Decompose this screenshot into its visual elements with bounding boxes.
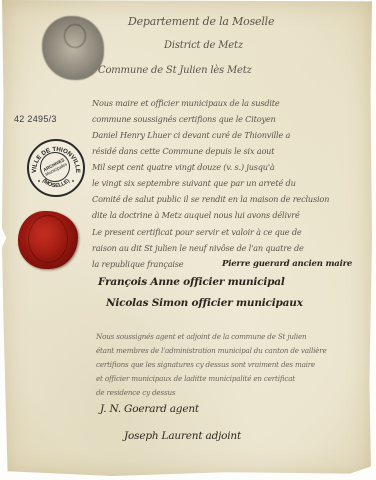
archive-reference-number: 42 2495/3 [14, 114, 57, 124]
signature-pierre-guerard: Pierre guerard ancien maire [222, 259, 352, 269]
signature-nicolas-simon: Nicolas Simon officier municipaux [106, 297, 303, 309]
attest-line-2: étant membres de l'administration munici… [96, 346, 327, 355]
attest-line-1: Nous soussignés agent et adjoint de la c… [96, 332, 306, 341]
body-line-5: Mil sept cent quatre vingt douze (v. s.)… [92, 162, 275, 172]
body-line-6: le vingt six septembre suivant que par u… [92, 178, 296, 188]
signature-goerard-agent: J. N. Goerard agent [100, 403, 199, 415]
body-line-11: la republique française [92, 259, 183, 269]
signature-joseph-adjoint: Joseph Laurent adjoint [124, 430, 241, 442]
body-line-9: Le present certificat pour servir et val… [92, 227, 302, 237]
body-line-7: Comité de salut public il se rendit en l… [92, 194, 329, 204]
attest-line-5: de residence cy dessus [96, 388, 175, 397]
document-scan: Departement de la Moselle District de Me… [0, 0, 376, 480]
body-line-2: commune soussignés certifions que le Cit… [92, 114, 276, 124]
body-line-8: dite la doctrine à Metz auquel nous lui … [92, 210, 300, 220]
header-district: District de Metz [164, 40, 243, 51]
attest-line-4: et officier municipaux de laditte munici… [96, 374, 295, 383]
header-commune: Commune de St Julien lès Metz [98, 65, 252, 76]
header-departement: Departement de la Moselle [128, 15, 274, 28]
body-line-1: Nous maire et officier municipaux de la … [92, 98, 280, 108]
body-line-10: raison au dit St julien le neuf nivôse d… [92, 243, 304, 253]
archives-municipales-stamp: VILLE DE THIONVILLE (MOSELLE) ARCHIVES M… [27, 139, 85, 197]
red-wax-seal [18, 211, 78, 269]
body-line-3: Daniel Henry Lhuer ci devant curé de Thi… [92, 130, 290, 140]
ink-seal-impression [42, 16, 104, 80]
signature-francois-anne: François Anne officier municipal [98, 276, 285, 288]
attest-line-3: certifions que les signatures cy dessus … [96, 360, 315, 369]
body-line-4: résidé dans cette Commune depuis le six … [92, 146, 274, 156]
